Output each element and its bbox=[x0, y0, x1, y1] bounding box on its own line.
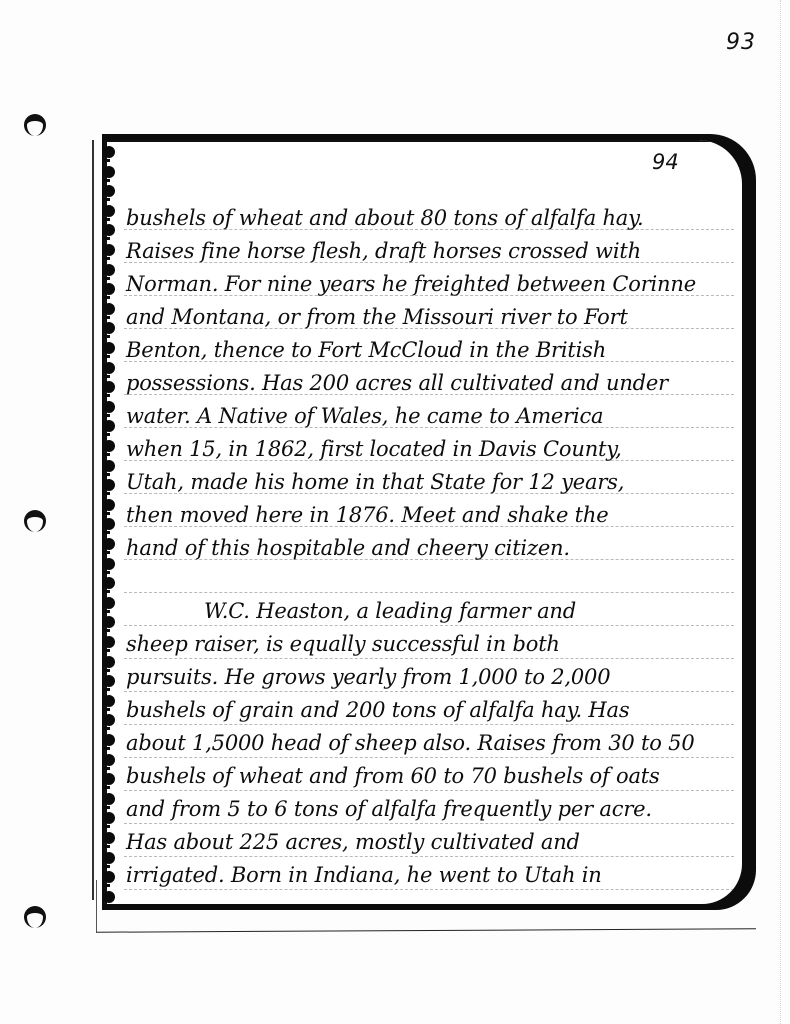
spiral-coil-icon bbox=[104, 675, 116, 689]
spiral-coil-icon bbox=[104, 616, 116, 630]
spiral-coil-icon bbox=[104, 793, 116, 807]
spiral-coil-icon bbox=[104, 734, 116, 748]
spiral-coil-icon bbox=[104, 812, 116, 826]
text-line: bushels of wheat and from 60 to 70 bushe… bbox=[126, 760, 738, 793]
paragraph-2: W.C. Heaston, a leading farmer and sheep… bbox=[126, 595, 738, 892]
text-line: bushels of wheat and about 80 tons of al… bbox=[126, 202, 738, 235]
spiral-coil-icon bbox=[104, 205, 116, 219]
spiral-coil-icon bbox=[104, 244, 116, 258]
text-line: sheep raiser, is equally successful in b… bbox=[126, 628, 738, 661]
text-line: water. A Native of Wales, he came to Ame… bbox=[126, 400, 738, 433]
page-top-border bbox=[104, 140, 742, 142]
paragraph-gap bbox=[126, 565, 738, 595]
paragraph-1: bushels of wheat and about 80 tons of al… bbox=[126, 202, 738, 565]
underlying-page-edge bbox=[96, 928, 756, 932]
spiral-coil-icon bbox=[104, 460, 116, 474]
outer-page-number: 93 bbox=[726, 30, 756, 55]
spiral-coil-icon bbox=[104, 185, 116, 199]
spiral-coil-icon bbox=[104, 440, 116, 454]
underlying-page-edge bbox=[96, 880, 97, 932]
text-line: hand of this hospitable and cheery citiz… bbox=[126, 532, 738, 565]
spiral-coil-icon bbox=[104, 342, 116, 356]
notebook-paper: 94 bushels of wheat and about 80 tons of… bbox=[104, 140, 742, 904]
text-line: possessions. Has 200 acres all cultivate… bbox=[126, 367, 738, 400]
text-line: Norman. For nine years he freighted betw… bbox=[126, 268, 738, 301]
spiral-coil-icon bbox=[104, 714, 116, 728]
spiral-coil-icon bbox=[104, 538, 116, 552]
punch-hole-icon bbox=[24, 906, 46, 928]
spiral-coil-icon bbox=[104, 891, 116, 904]
text-line: pursuits. He grows yearly from 1,000 to … bbox=[126, 661, 738, 694]
text-line: about 1,5000 head of sheep also. Raises … bbox=[126, 727, 738, 760]
text-line: irrigated. Born in Indiana, he went to U… bbox=[126, 859, 738, 892]
scanned-page: 93 94 bushels of wheat and about 80 tons… bbox=[0, 0, 790, 1024]
spiral-coil-icon bbox=[104, 832, 116, 846]
spiral-coil-icon bbox=[104, 264, 116, 278]
spiral-coil-icon bbox=[104, 362, 116, 376]
spiral-coil-icon bbox=[104, 479, 116, 493]
text-line: Benton, thence to Fort McCloud in the Br… bbox=[126, 334, 738, 367]
binding-edge bbox=[92, 140, 94, 900]
punch-hole-icon bbox=[24, 510, 46, 532]
text-line: and from 5 to 6 tons of alfalfa frequent… bbox=[126, 793, 738, 826]
text-line: then moved here in 1876. Meet and shake … bbox=[126, 499, 738, 532]
page-edge-line bbox=[780, 0, 781, 1024]
spiral-coil-icon bbox=[104, 322, 116, 336]
spiral-coil-icon bbox=[104, 420, 116, 434]
text-line: bushels of grain and 200 tons of alfalfa… bbox=[126, 694, 738, 727]
spiral-coil-icon bbox=[104, 381, 116, 395]
spiral-coil-icon bbox=[104, 303, 116, 317]
handwritten-text: bushels of wheat and about 80 tons of al… bbox=[126, 202, 738, 892]
inner-page-number: 94 bbox=[652, 150, 679, 174]
text-line: Utah, made his home in that State for 12… bbox=[126, 466, 738, 499]
spiral-coil-icon bbox=[104, 871, 116, 885]
spiral-coil-icon bbox=[104, 166, 116, 180]
spiral-binding-icon bbox=[104, 146, 122, 904]
spiral-coil-icon bbox=[104, 224, 116, 238]
spiral-coil-icon bbox=[104, 146, 116, 160]
punch-hole-icon bbox=[24, 114, 46, 136]
text-line: when 15, in 1862, first located in Davis… bbox=[126, 433, 738, 466]
spiral-coil-icon bbox=[104, 852, 116, 866]
text-line: and Montana, or from the Missouri river … bbox=[126, 301, 738, 334]
spiral-coil-icon bbox=[104, 401, 116, 415]
spiral-coil-icon bbox=[104, 499, 116, 513]
spiral-coil-icon bbox=[104, 773, 116, 787]
text-line: W.C. Heaston, a leading farmer and bbox=[126, 595, 738, 628]
notebook-page: 94 bushels of wheat and about 80 tons of… bbox=[98, 134, 756, 910]
spiral-coil-icon bbox=[104, 518, 116, 532]
spiral-coil-icon bbox=[104, 577, 116, 591]
spiral-coil-icon bbox=[104, 656, 116, 670]
spiral-coil-icon bbox=[104, 695, 116, 709]
spiral-coil-icon bbox=[104, 754, 116, 768]
spiral-coil-icon bbox=[104, 558, 116, 572]
spiral-coil-icon bbox=[104, 597, 116, 611]
spiral-coil-icon bbox=[104, 283, 116, 297]
text-line: Has about 225 acres, mostly cultivated a… bbox=[126, 826, 738, 859]
spiral-coil-icon bbox=[104, 636, 116, 650]
text-line: Raises fine horse flesh, draft horses cr… bbox=[126, 235, 738, 268]
